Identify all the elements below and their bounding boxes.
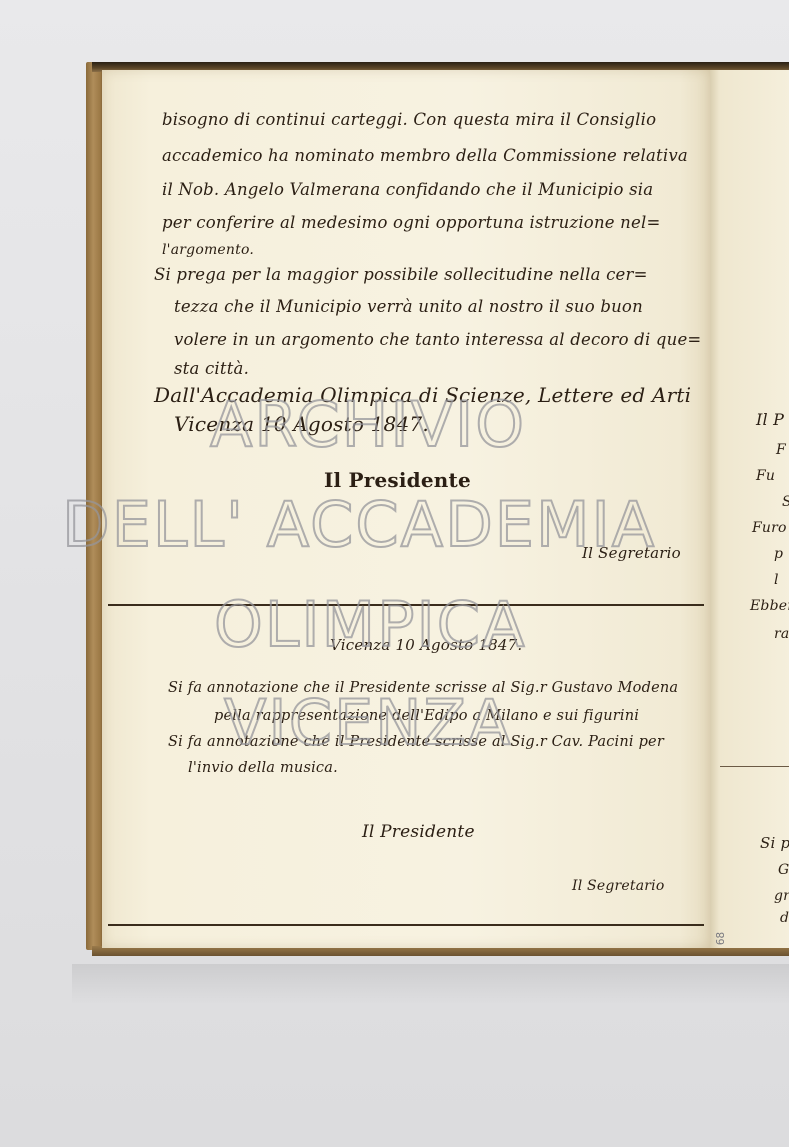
letter-line: l'argomento. — [162, 242, 254, 258]
section-divider — [108, 924, 704, 926]
letter-line: sta città. — [174, 359, 249, 378]
letter-line: Si prega per la maggior possibile sollec… — [154, 265, 648, 284]
letter-line: per conferire al medesimo ogni opportuna… — [162, 213, 660, 232]
right-page-fragment: Furo — [752, 520, 787, 536]
watermark-line: DELL' ACCADEMIA — [62, 488, 656, 561]
right-page-fragment: ra — [774, 626, 789, 642]
annotation-line: l'invio della musica. — [188, 760, 338, 776]
secretary-signature-label: Il Segretario — [572, 878, 664, 894]
right-page-fragment: Il P — [756, 410, 784, 429]
page-number-stamp: 68 — [714, 932, 727, 945]
right-page: Il P F Fu S Furo p l Ebbero ra Si p G gr… — [710, 70, 789, 948]
right-page-fragment: p — [774, 546, 783, 562]
letter-line: bisogno di continui carteggi. Con questa… — [162, 110, 656, 129]
book-shadow — [72, 964, 789, 1004]
president-signature-label: Il Presidente — [362, 822, 475, 842]
letter-line: il Nob. Angelo Valmerana confidando che … — [162, 180, 653, 199]
right-page-divider — [720, 766, 789, 767]
letter-line: tezza che il Municipio verrà unito al no… — [174, 297, 643, 316]
watermark-line: ARCHIVIO — [210, 388, 526, 461]
letter-line: volere in un argomento che tanto interes… — [174, 330, 701, 349]
right-page-fragment: Fu — [756, 468, 775, 484]
right-page-fragment: Ebbero — [750, 598, 789, 614]
letter-line: accademico ha nominato membro della Comm… — [162, 146, 688, 165]
right-page-fragment: G — [778, 862, 789, 878]
right-page-fragment: gr — [774, 888, 789, 904]
watermark-line: VICENZA — [224, 686, 512, 759]
right-page-fragment: de — [780, 910, 789, 926]
right-page-fragment: l — [774, 572, 779, 588]
right-page-fragment: S — [782, 494, 789, 510]
watermark-line: OLIMPICA — [214, 588, 527, 661]
right-page-fragment: Si p — [760, 834, 789, 852]
right-page-fragment: F — [776, 442, 786, 458]
